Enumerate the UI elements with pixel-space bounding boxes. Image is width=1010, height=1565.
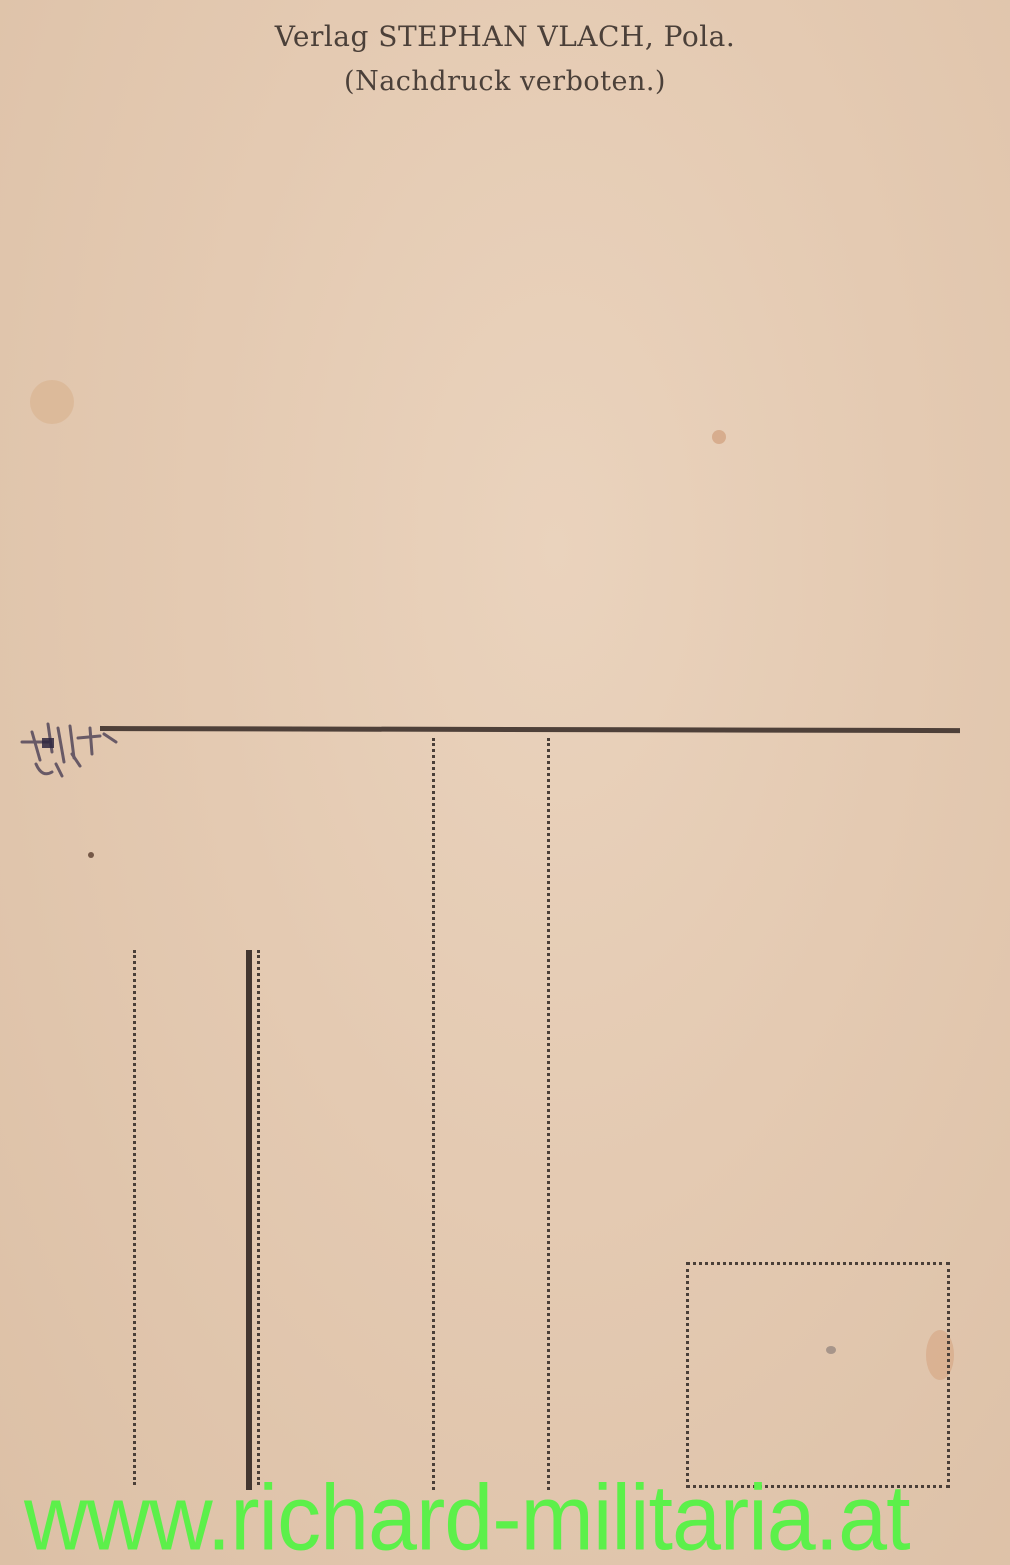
address-line-dotted [257,950,260,1485]
foxing-spot [712,430,726,444]
address-line-dotted [133,950,136,1485]
divider-line [100,726,960,733]
foxing-spot [30,380,74,424]
stamp-box [686,1262,950,1488]
website-watermark: www.richard-militaria.at [24,1472,994,1564]
address-line-dotted [547,738,550,1490]
foxing-spot [88,852,94,858]
publisher-line: Verlag STEPHAN VLACH, Pola. [0,20,1010,53]
address-line-dotted [432,738,435,1490]
address-line-solid [246,950,252,1490]
reprint-notice: (Nachdruck verboten.) [0,66,1010,97]
postcard-back: Verlag STEPHAN VLACH, Pola. (Nachdruck v… [0,0,1010,1565]
ink-stamp-icon [18,712,122,784]
